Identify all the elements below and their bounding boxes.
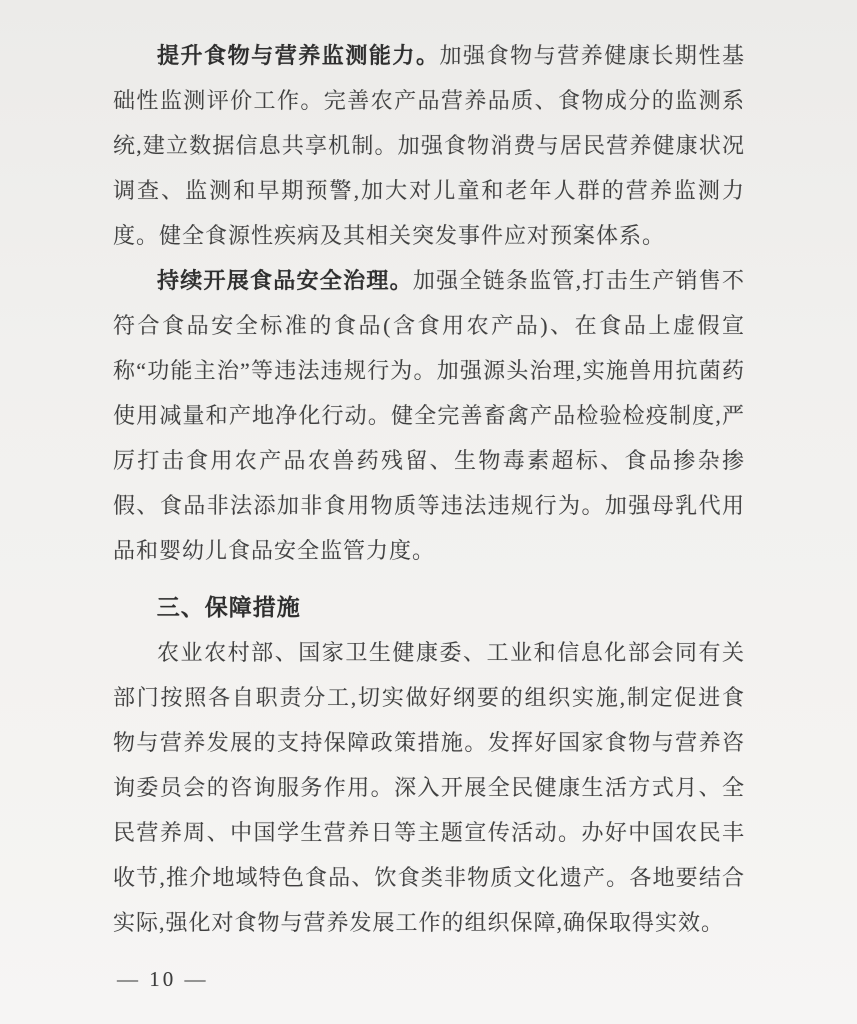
paragraph-body-food-safety: 加强全链条监管,打击生产销售不符合食品安全标准的食品(含食用农产品)、在食品上虚… [113, 268, 745, 563]
section-heading: 三、保障措施 [113, 585, 745, 630]
paragraph-lead-food-safety: 持续开展食品安全治理。 [157, 268, 413, 293]
paragraph-safeguard-measures: 农业农村部、国家卫生健康委、工业和信息化部会同有关部门按照各自职责分工,切实做好… [113, 630, 745, 945]
document-page: 提升食物与营养监测能力。加强食物与营养健康长期性基础性监测评价工作。完善农产品营… [0, 0, 857, 1024]
paragraph-lead-monitoring: 提升食物与营养监测能力。 [157, 43, 440, 68]
paragraph-body-monitoring: 加强食物与营养健康长期性基础性监测评价工作。完善农产品营养品质、食物成分的监测系… [113, 43, 745, 248]
paragraph-monitoring: 提升食物与营养监测能力。加强食物与营养健康长期性基础性监测评价工作。完善农产品营… [113, 33, 745, 258]
page-number: — 10 — [113, 967, 745, 992]
paragraph-food-safety: 持续开展食品安全治理。加强全链条监管,打击生产销售不符合食品安全标准的食品(含食… [113, 258, 745, 573]
